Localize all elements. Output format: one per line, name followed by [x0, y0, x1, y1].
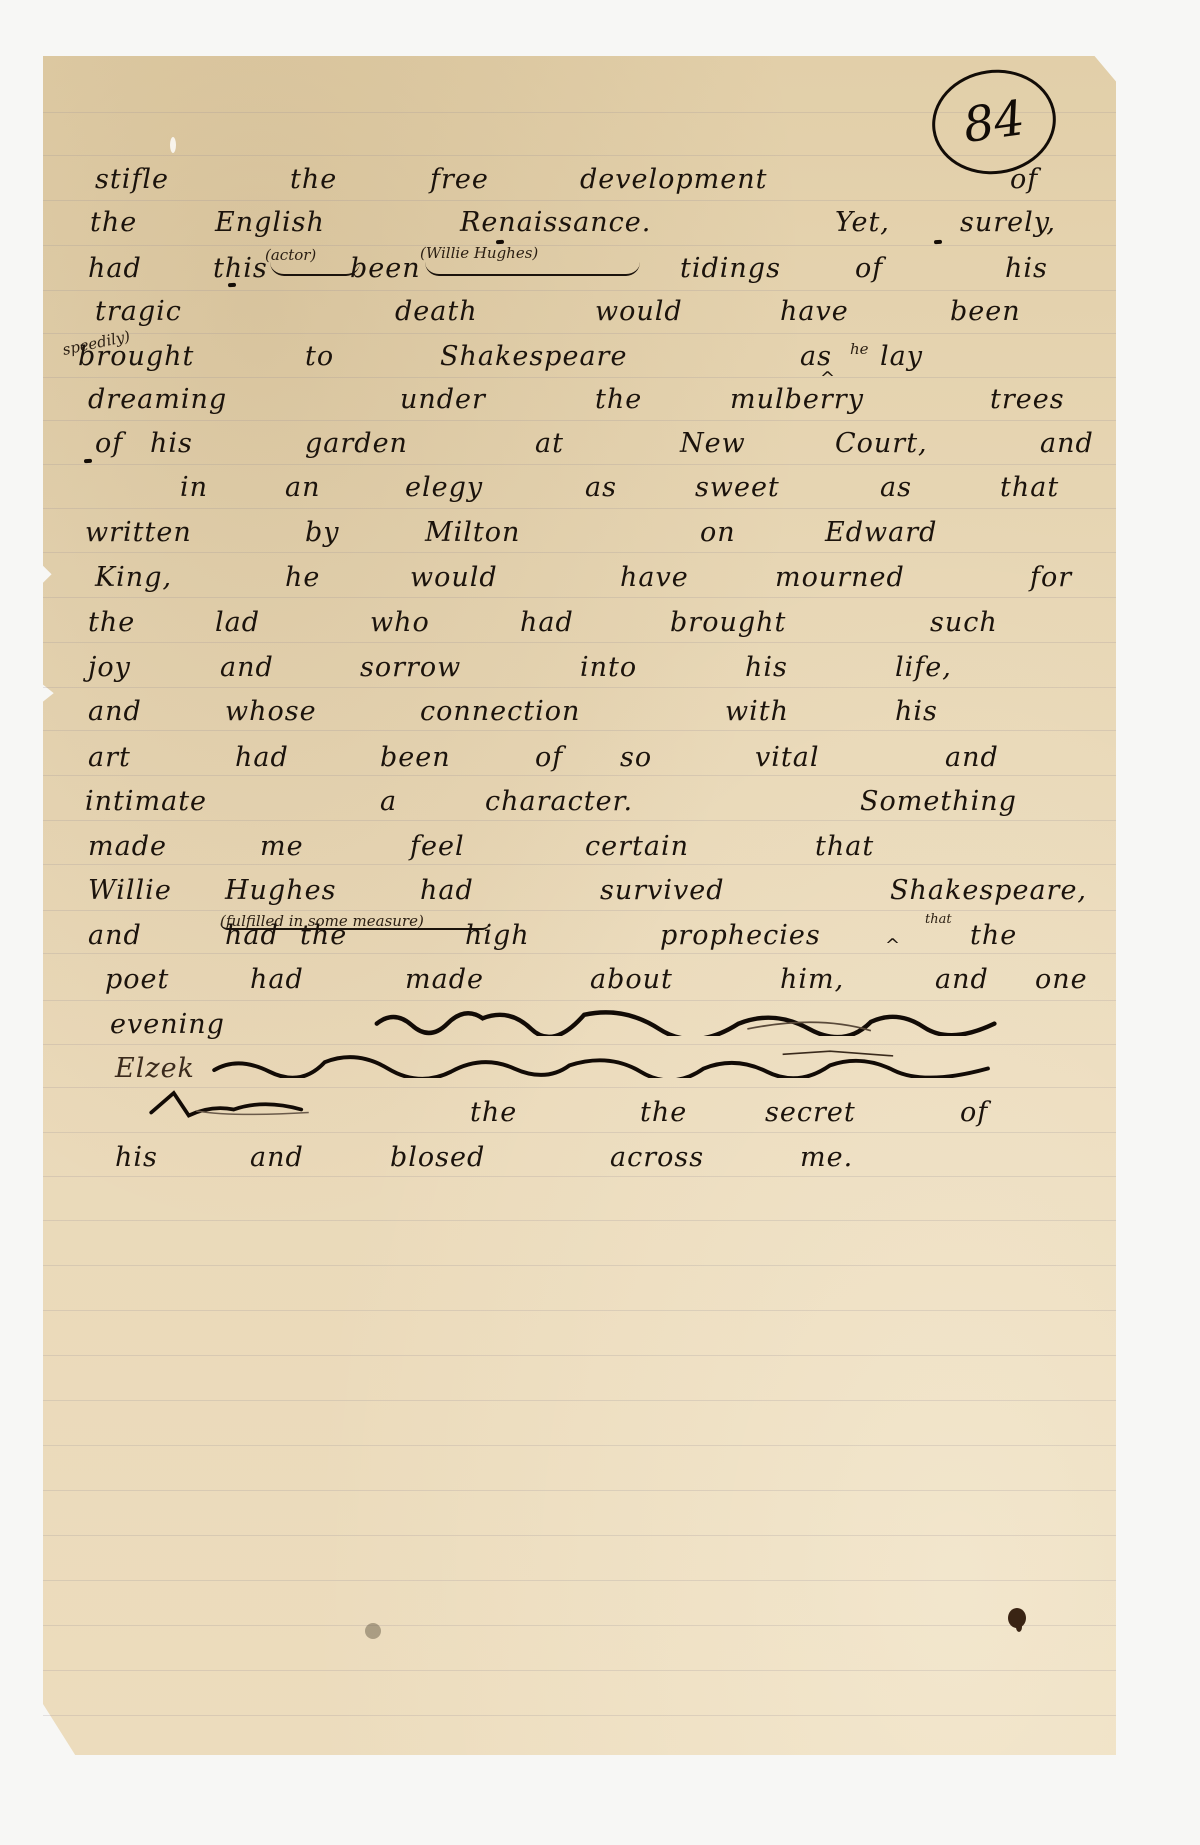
word: have	[780, 296, 849, 327]
manuscript-line-20: evening	[0, 1000, 1200, 1044]
word: English	[215, 207, 325, 238]
word: made	[405, 964, 484, 995]
word: that	[815, 831, 874, 862]
word: a	[380, 786, 397, 817]
manuscript-line-6: dreaming under the mulberry trees	[0, 375, 1200, 419]
word: mulberry	[730, 384, 864, 415]
word: lad	[215, 607, 260, 638]
word: his	[1005, 253, 1048, 284]
word: free	[430, 164, 489, 195]
word: of	[855, 253, 883, 284]
word: such	[930, 607, 998, 638]
manuscript-line-14: art had been of so vital and	[0, 733, 1200, 777]
word: joy	[88, 652, 131, 683]
word: Edward	[825, 517, 937, 548]
rule-line	[43, 1310, 1116, 1311]
word: the	[90, 207, 137, 238]
manuscript-line-12: joy and sorrow into his life,	[0, 643, 1200, 687]
word: under	[400, 384, 486, 415]
manuscript-line-15: intimate a character. Something	[0, 777, 1200, 821]
word: the	[970, 920, 1017, 951]
manuscript-line-17: Willie Hughes had survived Shakespeare,	[0, 866, 1200, 910]
ink-blot-drip	[1016, 1622, 1022, 1632]
word: surely,	[960, 207, 1056, 238]
rule-line	[43, 1715, 1116, 1716]
manuscript-line-22: the the secret of	[0, 1088, 1200, 1132]
word: had	[88, 253, 142, 284]
word: an	[285, 472, 321, 503]
word: to	[305, 341, 334, 372]
word: as	[800, 341, 832, 372]
word: made	[88, 831, 167, 862]
word: his	[745, 652, 788, 683]
word: character.	[485, 786, 633, 817]
word: would	[595, 296, 683, 327]
paper-hole	[170, 137, 176, 153]
word: evening	[110, 1009, 225, 1040]
smudge	[365, 1623, 381, 1639]
word: that	[1000, 472, 1059, 503]
word: brought	[78, 341, 194, 372]
manuscript-line-21: Elzek	[0, 1044, 1200, 1088]
word: garden	[305, 428, 408, 459]
word: poet	[105, 964, 169, 995]
word: as	[585, 472, 617, 503]
rule-line	[43, 1355, 1116, 1356]
word: been	[950, 296, 1021, 327]
manuscript-line-19: poet had made about him, and one	[0, 955, 1200, 999]
word: had	[250, 964, 304, 995]
word: who	[370, 607, 430, 638]
word: death	[395, 296, 478, 327]
word: and	[1040, 428, 1094, 459]
word: his	[895, 696, 938, 727]
word: at	[535, 428, 564, 459]
rule-line	[43, 1535, 1116, 1536]
word: high	[465, 920, 530, 951]
manuscript-line-8: in an elegy as sweet as that	[0, 463, 1200, 507]
word: had	[235, 742, 289, 773]
word: the	[88, 607, 135, 638]
word: and	[88, 920, 142, 951]
word: him,	[780, 964, 844, 995]
word: Something	[860, 786, 1017, 817]
word: written	[85, 517, 192, 548]
manuscript-line-11: the lad who had brought such	[0, 598, 1200, 642]
word: certain	[585, 831, 689, 862]
word: Hughes	[225, 875, 336, 906]
rule-line	[43, 1220, 1116, 1221]
word: and	[935, 964, 989, 995]
word: connection	[420, 696, 580, 727]
word: for	[1030, 562, 1072, 593]
word: secret	[765, 1097, 856, 1128]
word: had	[420, 875, 474, 906]
word: with	[725, 696, 789, 727]
word: the	[290, 164, 337, 195]
word: sweet	[695, 472, 780, 503]
word: the	[640, 1097, 687, 1128]
word: of	[95, 428, 123, 459]
word: and	[220, 652, 274, 683]
manuscript-line-5: brought to Shakespeare as lay	[0, 332, 1200, 376]
word: Renaissance.	[460, 207, 651, 238]
manuscript-line-23: his and blosed across me.	[0, 1133, 1200, 1177]
word: New	[680, 428, 746, 459]
strikethrough-scribble	[115, 1090, 345, 1120]
word: trees	[990, 384, 1065, 415]
word: lay	[880, 341, 923, 372]
word: Shakespeare	[440, 341, 627, 372]
manuscript-line-16: made me feel certain that	[0, 822, 1200, 866]
manuscript-line-7: of his garden at New Court, and	[0, 419, 1200, 463]
word: Yet,	[835, 207, 890, 238]
word: and	[88, 696, 142, 727]
word: King,	[95, 562, 172, 593]
word: been	[380, 742, 451, 773]
word: on	[700, 517, 736, 548]
word: mourned	[775, 562, 905, 593]
word: had	[520, 607, 574, 638]
rule-line	[43, 1670, 1116, 1671]
word: and	[945, 742, 999, 773]
word: Court,	[835, 428, 928, 459]
word: had	[225, 920, 279, 951]
word: brought	[670, 607, 786, 638]
word: one	[1035, 964, 1088, 995]
manuscript-line-4: tragic death would have been	[0, 287, 1200, 331]
strikethrough-scribble	[110, 1048, 1100, 1078]
word: would	[410, 562, 498, 593]
strikethrough-scribble	[335, 1006, 1045, 1036]
word: he	[285, 562, 320, 593]
word: whose	[225, 696, 317, 727]
word: the	[470, 1097, 517, 1128]
rule-line	[43, 1580, 1116, 1581]
word: tragic	[95, 296, 182, 327]
manuscript-line-13: and whose connection with his	[0, 687, 1200, 731]
word: his	[150, 428, 193, 459]
manuscript-line-1: stifle the free development of	[0, 155, 1200, 199]
rule-line	[43, 1400, 1116, 1401]
word: of	[535, 742, 563, 773]
manuscript-line-10: King, he would have mourned for	[0, 553, 1200, 597]
word: his	[115, 1142, 158, 1173]
manuscript-line-18: and had the high prophecies the	[0, 911, 1200, 955]
word: the	[300, 920, 347, 951]
manuscript-line-9: written by Milton on Edward	[0, 508, 1200, 552]
manuscript-line-2: the English Renaissance. Yet, surely,	[0, 198, 1200, 242]
word: tidings	[680, 253, 781, 284]
word: blosed	[390, 1142, 485, 1173]
word: me	[260, 831, 304, 862]
word: intimate	[85, 786, 207, 817]
word: and	[250, 1142, 304, 1173]
rule-line	[43, 1625, 1116, 1626]
manuscript-line-3: had this been tidings of his	[0, 244, 1200, 288]
word: the	[595, 384, 642, 415]
rule-line	[43, 1265, 1116, 1266]
word: life,	[895, 652, 952, 683]
word: art	[88, 742, 131, 773]
word: feel	[410, 831, 465, 862]
word: vital	[755, 742, 819, 773]
word: about	[590, 964, 673, 995]
word: Willie	[88, 875, 172, 906]
word: me.	[800, 1142, 853, 1173]
word: survived	[600, 875, 725, 906]
word: by	[305, 517, 340, 548]
word: of	[960, 1097, 988, 1128]
word: in	[180, 472, 208, 503]
word: have	[620, 562, 689, 593]
word: development	[580, 164, 768, 195]
word: as	[880, 472, 912, 503]
word: so	[620, 742, 652, 773]
rule-line	[43, 1490, 1116, 1491]
word: prophecies	[660, 920, 821, 951]
word: been	[350, 253, 421, 284]
word: stifle	[95, 164, 169, 195]
word: into	[580, 652, 637, 683]
word: dreaming	[88, 384, 227, 415]
word: of	[1010, 164, 1038, 195]
word: Milton	[425, 517, 520, 548]
word: sorrow	[360, 652, 461, 683]
word: this	[213, 253, 268, 284]
word: across	[610, 1142, 704, 1173]
word: elegy	[405, 472, 483, 503]
word: Shakespeare,	[890, 875, 1087, 906]
rule-line	[43, 1445, 1116, 1446]
